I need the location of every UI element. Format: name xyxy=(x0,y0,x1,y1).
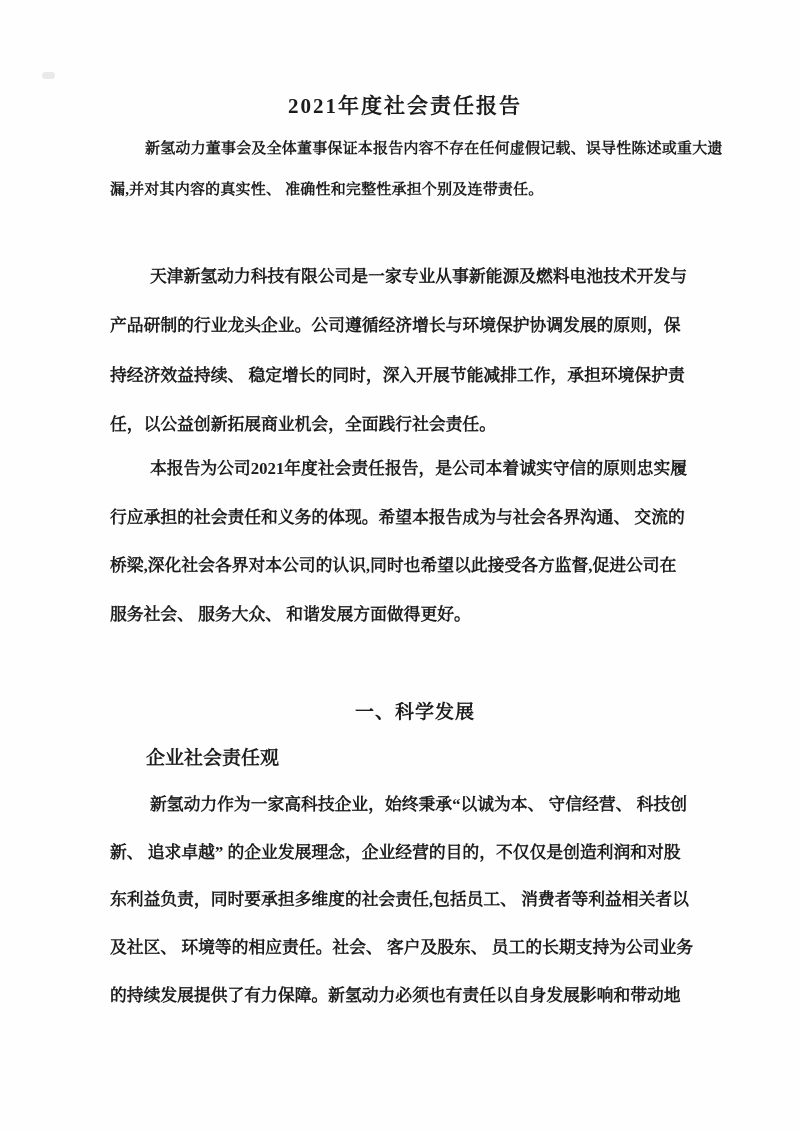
page-title: 2021年度社会责任报告 xyxy=(110,90,700,120)
report-purpose-paragraph: 本报告为公司2021年度社会责任报告，是公司本着诚实守信的原则忠实履 行应承担的… xyxy=(110,445,750,640)
csr-view-paragraph: 新氢动力作为一家高科技企业，始终秉承“以诚为本、 守信经营、 科技创 新、 追求… xyxy=(110,781,750,1020)
section-1-heading: 一、科学发展 xyxy=(110,697,720,724)
scan-artifact xyxy=(42,72,55,79)
company-intro-paragraph: 天津新氢动力科技有限公司是一家专业从事新能源及燃料电池技术开发与 产品研制的行业… xyxy=(110,252,750,449)
report-page: 2021年度社会责任报告 新氢动力董事会及全体董事保证本报告内容不存在任何虚假记… xyxy=(0,0,800,1131)
csr-view-subheading: 企业社会责任观 xyxy=(110,743,750,770)
board-disclaimer-paragraph: 新氢动力董事会及全体董事保证本报告内容不存在任何虚假记载、误导性陈述或重大遗 漏… xyxy=(110,129,750,211)
